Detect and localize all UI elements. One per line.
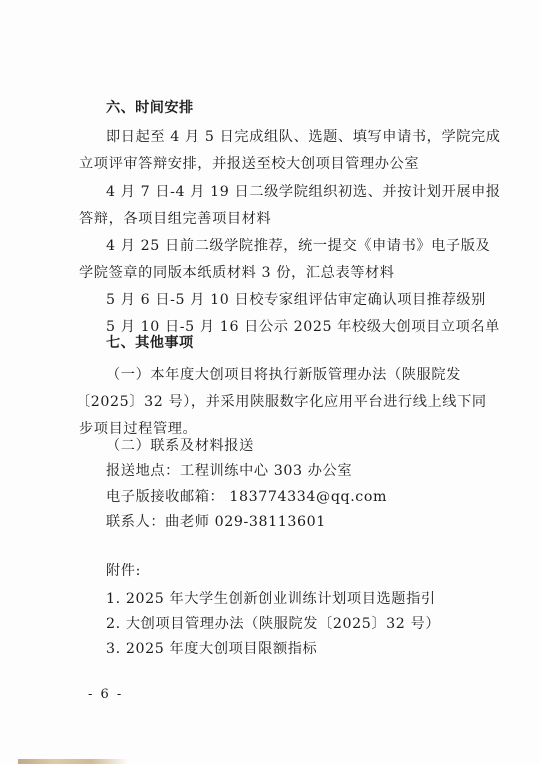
attachment-item-2: 2. 大创项目管理办法（陕服院发〔2025〕32 号） [106,615,440,633]
section-6-title: 六、时间安排 [106,99,194,117]
other-item-1-line-2: 〔2025〕32 号），并采用陕服数字化应用平台进行线上线下同 [76,393,487,411]
page-number: - 6 - [88,687,123,702]
attachments-label: 附件: [106,562,141,580]
contact-person: 联系人：曲老师 029-38113601 [106,513,326,531]
attachment-item-1: 1. 2025 年大学生创新创业训练计划项目选题指引 [106,590,436,608]
other-item-1-line-1: （一）本年度大创项目将执行新版管理办法（陕服院发 [106,366,461,384]
document-page: 六、时间安排 即日起至 4 月 5 日完成组队、选题、填写申请书，学院完成 立项… [0,0,540,764]
section-7-title: 七、其他事项 [106,334,194,352]
schedule-line-1: 即日起至 4 月 5 日完成组队、选题、填写申请书，学院完成 [106,128,501,146]
contact-location: 报送地点：工程训练中心 303 办公室 [106,462,352,480]
schedule-line-2: 立项评审答辩安排，并报送至校大创项目管理办公室 [79,155,419,173]
attachment-item-3: 3. 2025 年度大创项目限额指标 [106,640,317,658]
schedule-line-4: 答辩，各项目组完善项目材料 [79,210,271,228]
schedule-line-7: 5 月 6 日-5 月 10 日校专家组评估审定确认项目推荐级别 [106,291,486,309]
other-item-2-title: （二）联系及材料报送 [106,437,254,455]
schedule-line-6: 学院签章的同版本纸质材料 3 份，汇总表等材料 [79,264,395,282]
contact-email: 电子版接收邮箱： 183774334@qq.com [106,488,387,506]
schedule-line-3: 4 月 7 日-4 月 19 日二级学院组织初选、并按计划开展申报 [106,183,501,201]
other-item-1-line-3: 步项目过程管理。 [79,420,197,438]
paper-edge-shadow [18,759,128,764]
schedule-line-5: 4 月 25 日前二级学院推荐，统一提交《申请书》电子版及 [106,237,490,255]
